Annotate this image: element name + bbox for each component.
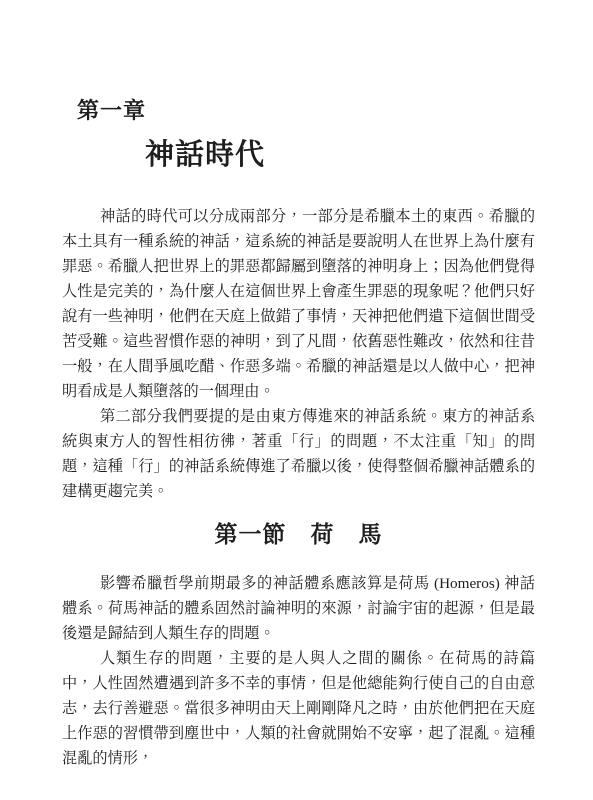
chapter-title: 神話時代 bbox=[145, 140, 265, 172]
chapter-number: 第一章 bbox=[77, 99, 146, 123]
section-paragraph-2: 人類生存的問題，主要的是人與人之間的關係。在荷馬的詩篇中，人性固然遭遇到許多不幸… bbox=[62, 646, 535, 771]
section-paragraph-1: 影響希臘哲學前期最多的神話體系應該算是荷馬 (Homeros) 神話體系。荷馬神… bbox=[62, 571, 535, 646]
section-heading: 第一節 荷 馬 bbox=[62, 520, 535, 550]
intro-paragraph-2: 第二部分我們要提的是由東方傳進來的神話系統。東方的神話系統與東方人的智性相彷彿，… bbox=[62, 404, 535, 504]
body-text: 神話的時代可以分成兩部分，一部分是希臘本土的東西。希臘的本土具有一種系統的神話，… bbox=[62, 204, 535, 771]
intro-paragraph-1: 神話的時代可以分成兩部分，一部分是希臘本土的東西。希臘的本土具有一種系統的神話，… bbox=[62, 204, 535, 404]
book-page: 第一章 神話時代 神話的時代可以分成兩部分，一部分是希臘本土的東西。希臘的本土具… bbox=[0, 0, 593, 800]
